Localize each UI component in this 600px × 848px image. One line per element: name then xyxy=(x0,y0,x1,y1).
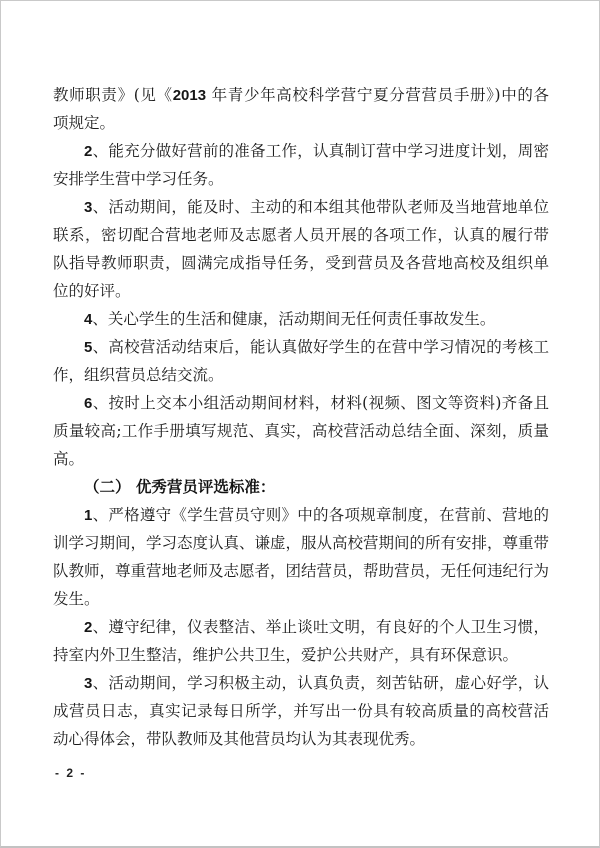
text-segment: 队指导教师职责，圆满完成指导任务，受到营员及各营地高校及组织单 xyxy=(53,254,549,272)
text-segment: 、活动期间，学习积极主动，认真负责，刻苦钻研，虚心好学，认真完 xyxy=(53,674,549,697)
text-line: 质量较高;工作手册填写规范、真实，高校营活动总结全面、深刻，质量较 xyxy=(53,417,549,445)
text-segment: 项规定。 xyxy=(53,114,115,132)
text-segment: 队教师，尊重营地老师及志愿者，团结营员，帮助营员，无任何违纪行为 xyxy=(53,562,549,580)
text-line: 3、活动期间，学习积极主动，认真负责，刻苦钻研，虚心好学，认真完 xyxy=(53,669,549,697)
text-line: 成营员日志，真实记录每日所学，并写出一份具有较高质量的高校营活 xyxy=(53,697,549,725)
text-segment: 动心得体会，带队教师及其他营员均认为其表现优秀。 xyxy=(53,730,425,748)
text-line: 1、严格遵守《学生营员守则》中的各项规章制度，在营前、营地的培 xyxy=(53,501,549,529)
text-segment: 、高校营活动结束后，能认真做好学生的在营中学习情况的考核工 xyxy=(92,338,549,356)
text-segment: 、严格遵守《学生营员守则》中的各项规章制度，在营前、营地的培 xyxy=(53,506,549,529)
text-line: 5、高校营活动结束后，能认真做好学生的在营中学习情况的考核工 xyxy=(53,333,549,361)
section-heading: （二） 优秀营员评选标准： xyxy=(53,473,549,501)
text-segment: 、能充分做好营前的准备工作，认真制订营中学习进度计划，周密 xyxy=(92,142,549,160)
text-line: 2、能充分做好营前的准备工作，认真制订营中学习进度计划，周密 xyxy=(53,137,549,165)
document-text: 教师职责》(见《2013 年青少年高校科学营宁夏分营营员手册》)中的各 项规定。… xyxy=(53,81,549,753)
text-segment: 、关心学生的生活和健康，活动期间无任何责任事故发生。 xyxy=(92,310,495,328)
text-segment: 发生。 xyxy=(53,590,100,608)
text-line: 联系，密切配合营地老师及志愿者人员开展的各项工作，认真的履行带 xyxy=(53,221,549,249)
text-line: 项规定。 xyxy=(53,109,549,137)
text-line: 作，组织营员总结交流。 xyxy=(53,361,549,389)
heading-text: （二） 优秀营员评选标准： xyxy=(84,477,275,496)
text-segment: 位的好评。 xyxy=(53,282,131,300)
text-line: 4、关心学生的生活和健康，活动期间无任何责任事故发生。 xyxy=(53,305,549,333)
text-line: 2、遵守纪律，仪表整洁、举止谈吐文明，有良好的个人卫生习惯，保 xyxy=(53,613,549,641)
text-segment: 、按时上交本小组活动期间材料，材料(视频、图文等资料)齐备且 xyxy=(92,394,549,412)
text-segment: 质量较高;工作手册填写规范、真实，高校营活动总结全面、深刻，质量较 xyxy=(53,422,549,445)
text-segment: 年青少年高校科学营宁夏分营营员手册》)中的各 xyxy=(206,86,549,104)
text-line: 动心得体会，带队教师及其他营员均认为其表现优秀。 xyxy=(53,725,549,753)
text-line: 位的好评。 xyxy=(53,277,549,305)
text-segment: 、遵守纪律，仪表整洁、举止谈吐文明，有良好的个人卫生习惯，保 xyxy=(53,618,549,641)
text-line: 持室内外卫生整洁，维护公共卫生，爱护公共财产，具有环保意识。 xyxy=(53,641,549,669)
text-line: 安排学生营中学习任务。 xyxy=(53,165,549,193)
page-number: - 2 - xyxy=(55,765,86,781)
text-segment: 教师职责》(见《 xyxy=(53,86,173,104)
text-line: 6、按时上交本小组活动期间材料，材料(视频、图文等资料)齐备且 xyxy=(53,389,549,417)
text-segment: 高。 xyxy=(53,450,84,468)
text-segment: 安排学生营中学习任务。 xyxy=(53,170,224,188)
text-line: 教师职责》(见《2013 年青少年高校科学营宁夏分营营员手册》)中的各 xyxy=(53,81,549,109)
text-segment: 作，组织营员总结交流。 xyxy=(53,366,224,384)
text-segment: 、活动期间，能及时、主动的和本组其他带队老师及当地营地单位 xyxy=(92,198,549,216)
document-page: 教师职责》(见《2013 年青少年高校科学营宁夏分营营员手册》)中的各 项规定。… xyxy=(0,0,600,848)
text-segment: 持室内外卫生整洁，维护公共卫生，爱护公共财产，具有环保意识。 xyxy=(53,646,518,664)
text-line: 发生。 xyxy=(53,585,549,613)
number-segment: 2013 xyxy=(173,87,206,104)
text-line: 3、活动期间，能及时、主动的和本组其他带队老师及当地营地单位 xyxy=(53,193,549,221)
text-segment: 成营员日志，真实记录每日所学，并写出一份具有较高质量的高校营活 xyxy=(53,702,549,720)
text-line: 队教师，尊重营地老师及志愿者，团结营员，帮助营员，无任何违纪行为 xyxy=(53,557,549,585)
text-line: 队指导教师职责，圆满完成指导任务，受到营员及各营地高校及组织单 xyxy=(53,249,549,277)
text-line: 高。 xyxy=(53,445,549,473)
text-segment: 联系，密切配合营地老师及志愿者人员开展的各项工作，认真的履行带 xyxy=(53,226,549,244)
text-segment: 训学习期间，学习态度认真、谦虚，服从高校营期间的所有安排，尊重带 xyxy=(53,534,549,552)
text-line: 训学习期间，学习态度认真、谦虚，服从高校营期间的所有安排，尊重带 xyxy=(53,529,549,557)
